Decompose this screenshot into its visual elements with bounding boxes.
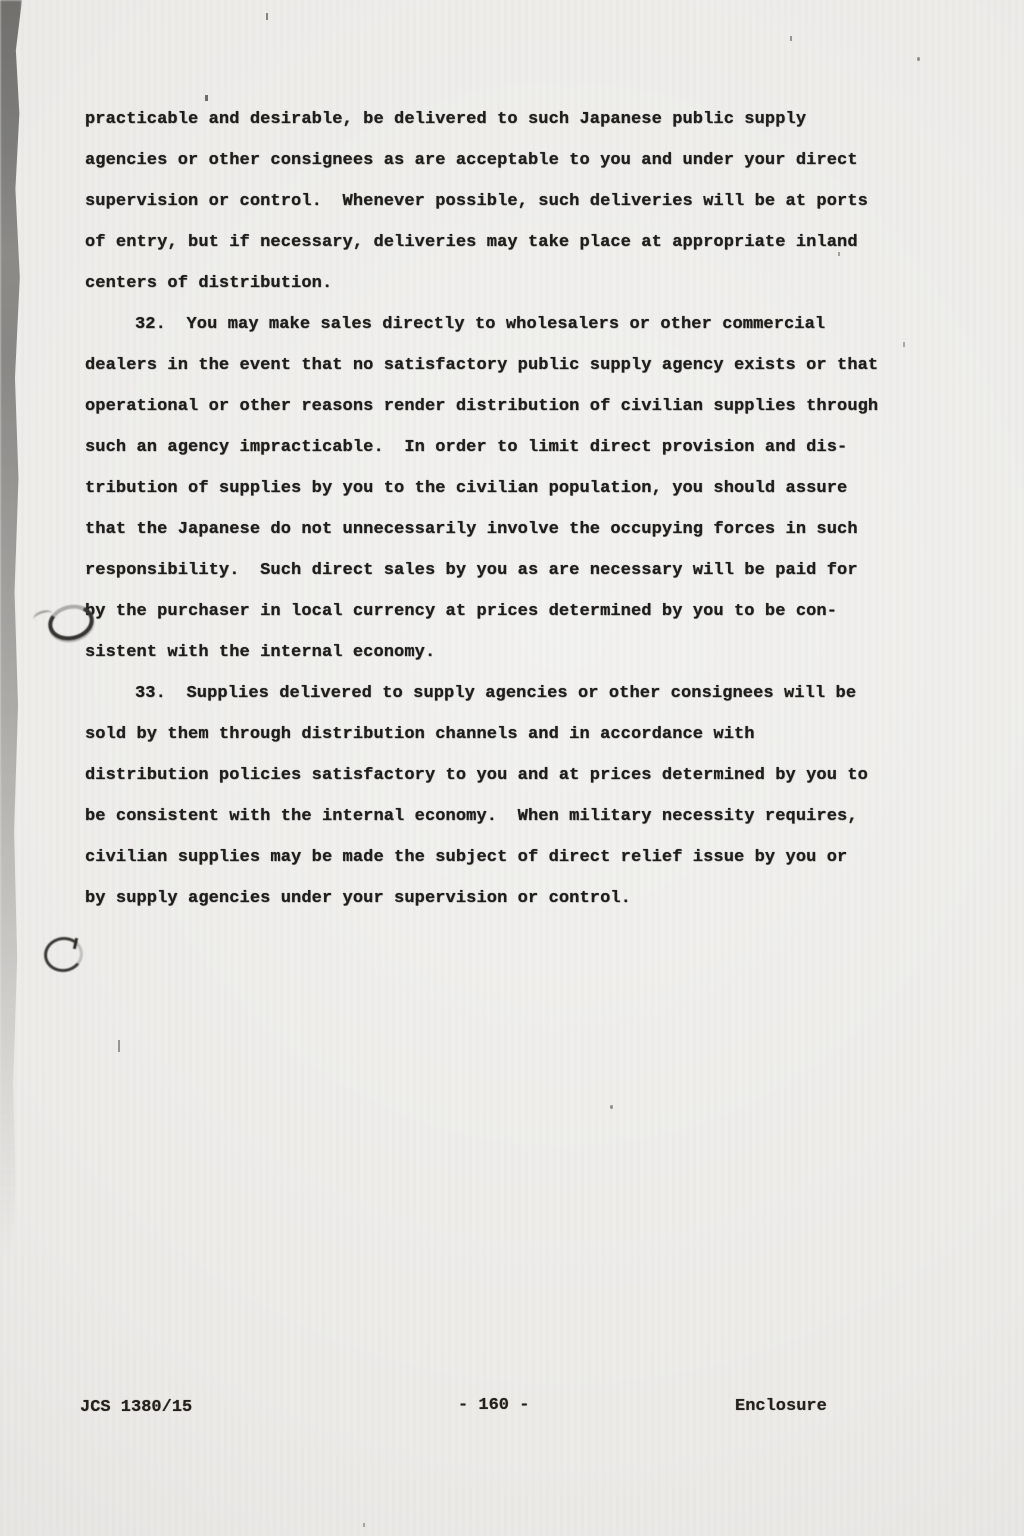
text-line: tribution of supplies by you to the civi… <box>85 468 905 509</box>
text-line: operational or other reasons render dist… <box>85 386 905 427</box>
ink-speck <box>363 1523 365 1527</box>
text-line: distribution policies satisfactory to yo… <box>85 755 905 796</box>
page-number: - 160 - <box>458 1396 529 1415</box>
text-line: by supply agencies under your supervisio… <box>85 878 905 919</box>
ink-speck <box>917 57 920 61</box>
text-line: supervision or control. Whenever possibl… <box>85 181 905 222</box>
text-line: that the Japanese do not unnecessarily i… <box>85 509 905 550</box>
text-line: practicable and desirable, be delivered … <box>85 99 905 140</box>
enclosure-label: Enclosure <box>735 1397 827 1416</box>
text-line: centers of distribution. <box>85 263 905 304</box>
text-line: such an agency impracticable. In order t… <box>85 427 905 468</box>
text-line: agencies or other consignees as are acce… <box>85 140 905 181</box>
text-line: dealers in the event that no satisfactor… <box>85 345 905 386</box>
ink-speck <box>610 1105 613 1109</box>
paragraph-32: 32. You may make sales directly to whole… <box>85 304 905 673</box>
ink-speck <box>903 342 905 347</box>
text-line: 33. Supplies delivered to supply agencie… <box>85 673 905 714</box>
text-line: sistent with the internal economy. <box>85 632 905 673</box>
text-line: responsibility. Such direct sales by you… <box>85 550 905 591</box>
ink-speck <box>266 13 268 20</box>
ink-speck <box>205 95 208 101</box>
paragraph-33: 33. Supplies delivered to supply agencie… <box>85 673 905 919</box>
document-body-text: practicable and desirable, be delivered … <box>85 99 905 919</box>
ink-speck <box>118 1040 120 1052</box>
text-line: sold by them through distribution channe… <box>85 714 905 755</box>
document-reference: JCS 1380/15 <box>80 1398 192 1417</box>
text-line: of entry, but if necessary, deliveries m… <box>85 222 905 263</box>
paragraph-continuation: practicable and desirable, be delivered … <box>85 99 905 304</box>
text-line: by the purchaser in local currency at pr… <box>85 591 905 632</box>
text-line: be consistent with the internal economy.… <box>85 796 905 837</box>
ink-speck <box>838 252 840 256</box>
text-line: 32. You may make sales directly to whole… <box>85 304 905 345</box>
ink-speck <box>790 36 792 41</box>
text-line: civilian supplies may be made the subjec… <box>85 837 905 878</box>
